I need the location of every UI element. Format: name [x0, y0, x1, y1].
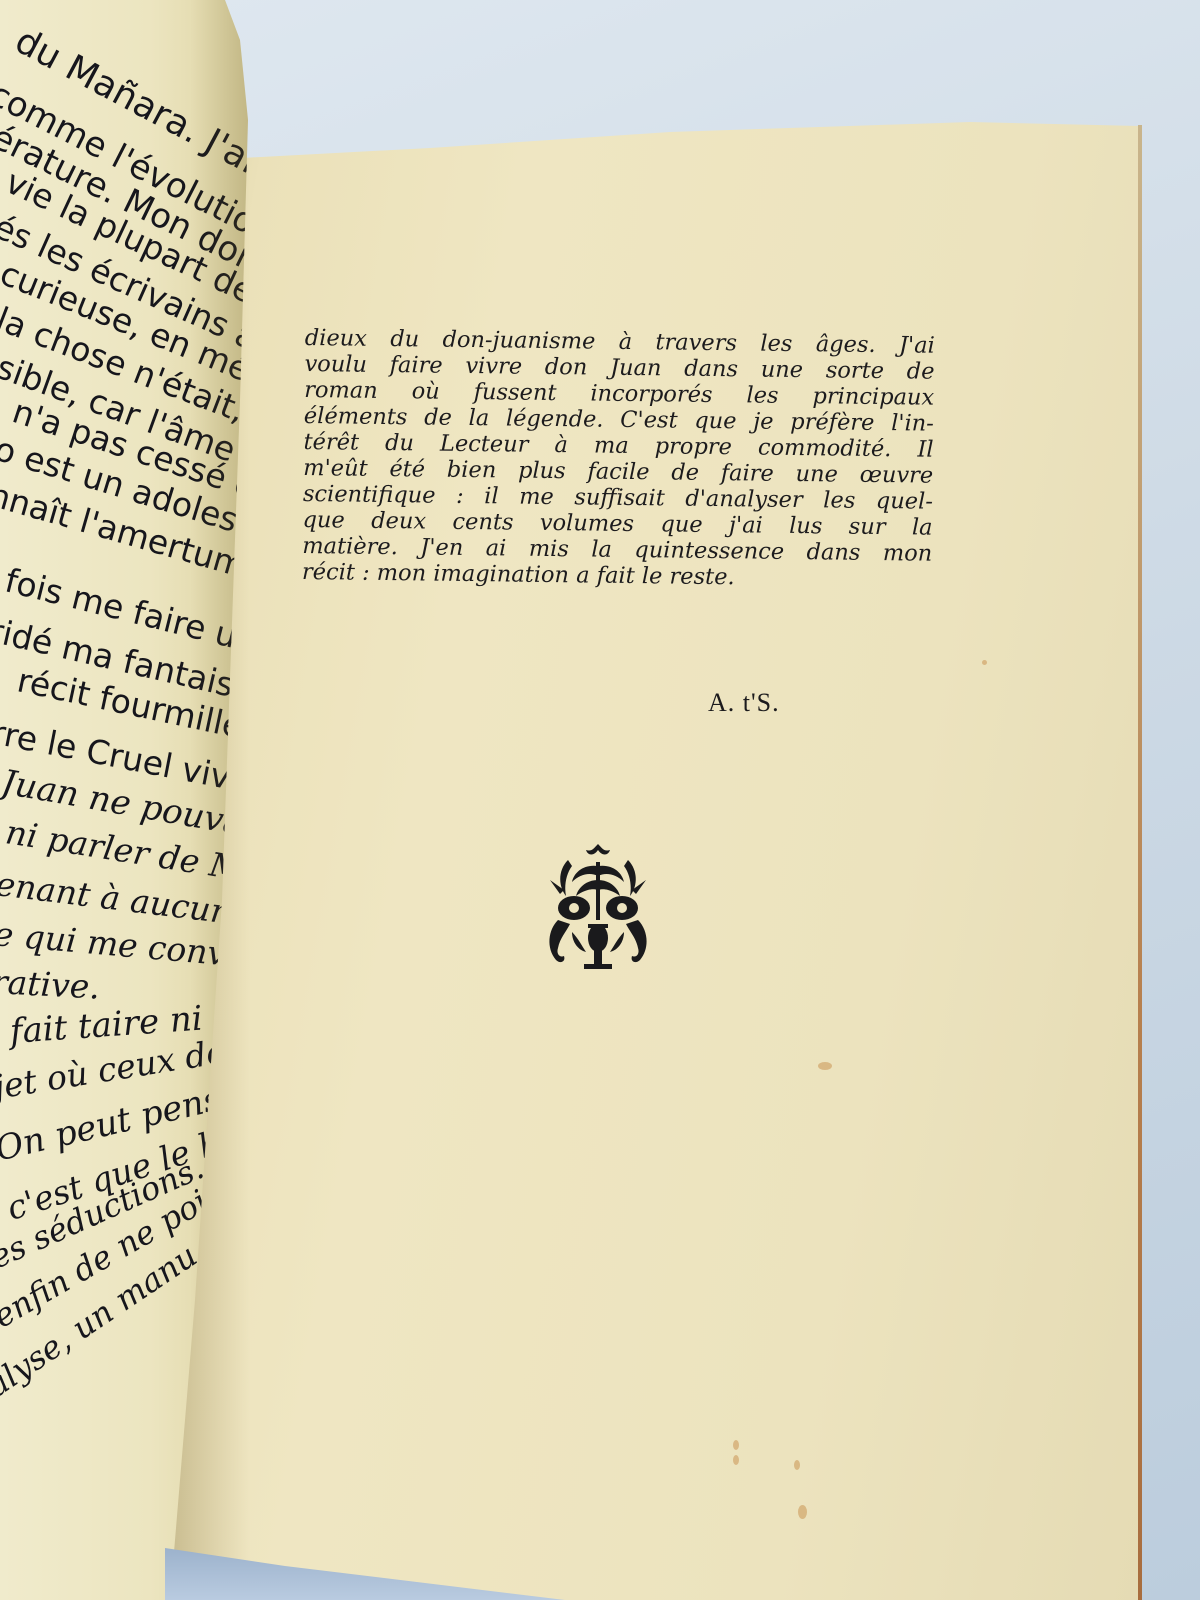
foxing-spot — [733, 1455, 739, 1465]
foxing-spot — [818, 1062, 832, 1070]
floral-vase-fleuron-icon — [538, 842, 658, 972]
foxing-spot — [794, 1460, 800, 1470]
foxing-spot — [798, 1505, 807, 1519]
book-photo: dieux du don-juanisme à travers les âges… — [0, 0, 1200, 1600]
author-signature: A. t'S. — [708, 688, 780, 718]
page-edge — [1138, 125, 1142, 1600]
foxing-spot — [733, 1440, 739, 1450]
preface-paragraph: dieux du don-juanisme à travers les âges… — [302, 325, 935, 593]
text-line: rative. — [0, 962, 101, 1007]
foxing-spot — [982, 660, 987, 665]
